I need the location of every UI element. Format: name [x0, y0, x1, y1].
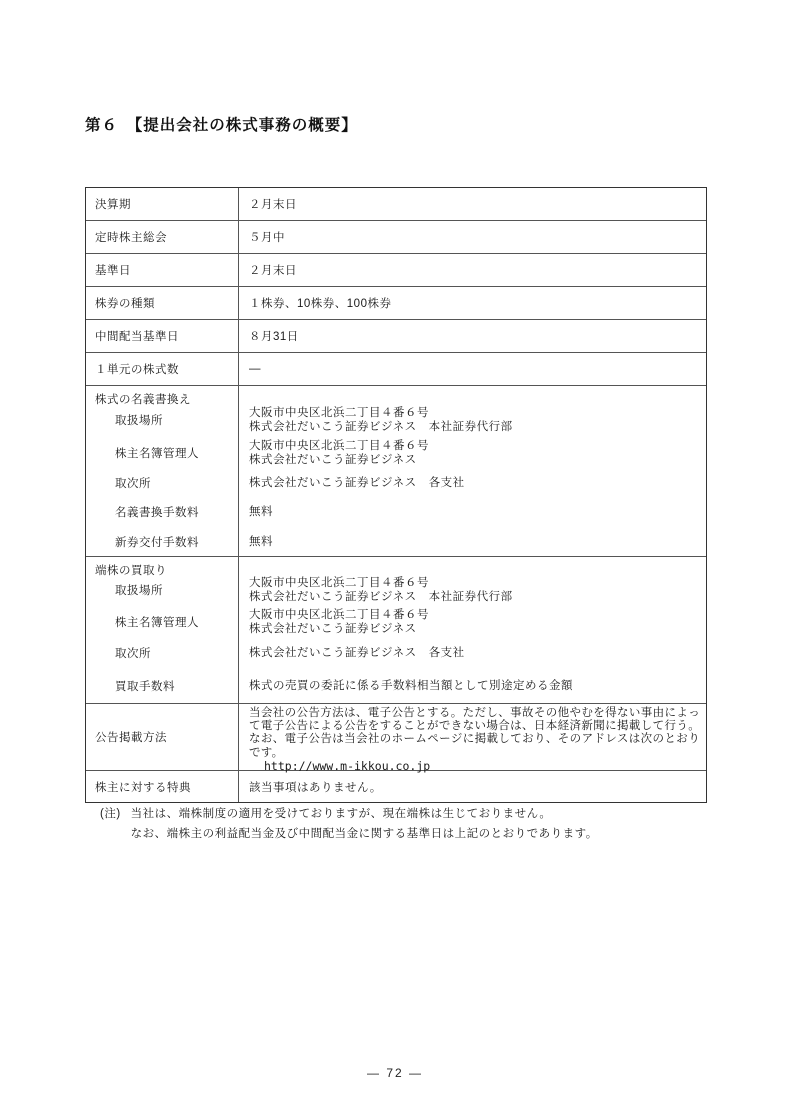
- sub-row: 株主名簿管理人 大阪市中央区北浜二丁目４番６号 株式会社だいこう証券ビジネス: [86, 606, 706, 638]
- value-line: 大阪市中央区北浜二丁目４番６号: [249, 406, 706, 420]
- row-label: 基準日: [86, 254, 238, 286]
- table-row-kabuken-shurui: 株券の種類 １株券、10株券、100株券: [86, 287, 706, 320]
- table-row-koukoku: 公告掲載方法 当会社の公告方法は、電子公告とする。ただし、事故その他やむを得ない…: [86, 704, 706, 771]
- value-line: 無料: [249, 505, 706, 519]
- row-value: ―: [238, 353, 706, 385]
- value-line: 無料: [249, 535, 706, 549]
- table-row-kessanki: 決算期 ２月末日: [86, 188, 706, 221]
- value-line: 株式会社だいこう証券ビジネス: [249, 622, 706, 636]
- value-line: 株式会社だいこう証券ビジネス 各支社: [249, 476, 706, 490]
- section-hakabu-kaitori: 端株の買取り 取扱場所 大阪市中央区北浜二丁目４番６号 株式会社だいこう証券ビジ…: [86, 557, 706, 704]
- row-label: 公告掲載方法: [86, 704, 238, 770]
- row-value: ５月中: [238, 221, 706, 253]
- footnote-label: (注): [100, 804, 121, 844]
- sub-row: 取扱場所 大阪市中央区北浜二丁目４番６号 株式会社だいこう証券ビジネス 本社証券…: [86, 403, 706, 436]
- row-label: 株券の種類: [86, 287, 238, 319]
- section-meigi-kakikae: 株式の名義書換え 取扱場所 大阪市中央区北浜二丁目４番６号 株式会社だいこう証券…: [86, 386, 706, 557]
- section-title: 端株の買取り: [86, 557, 706, 574]
- sub-row-value: 大阪市中央区北浜二丁目４番６号 株式会社だいこう証券ビジネス 本社証券代行部: [238, 403, 706, 436]
- notice-paragraph: 当会社の公告方法は、電子公告とする。ただし、事故その他やむを得ない事由によって電…: [249, 707, 700, 760]
- row-value: ２月末日: [238, 254, 706, 286]
- table-row-tangen-kabusu: １単元の株式数 ―: [86, 353, 706, 386]
- sub-row-value: 大阪市中央区北浜二丁目４番６号 株式会社だいこう証券ビジネス 本社証券代行部: [238, 574, 706, 606]
- sub-row-label: 名義書換手数料: [86, 496, 238, 527]
- sub-row: 新券交付手数料 無料: [86, 527, 706, 556]
- sub-row-label: 新券交付手数料: [86, 527, 238, 556]
- table-row-kijunbi: 基準日 ２月末日: [86, 254, 706, 287]
- row-label: 中間配当基準日: [86, 320, 238, 352]
- value-line: 株式会社だいこう証券ビジネス 各支社: [249, 646, 706, 660]
- sub-row: 名義書換手数料 無料: [86, 496, 706, 527]
- footnote-text: 当社は、端株制度の適用を受けておりますが、現在端株は生じておりません。 なお、端…: [131, 804, 598, 844]
- value-line: 大阪市中央区北浜二丁目４番６号: [249, 576, 706, 590]
- sub-row: 取扱場所 大阪市中央区北浜二丁目４番６号 株式会社だいこう証券ビジネス 本社証券…: [86, 574, 706, 606]
- sub-row: 取次所 株式会社だいこう証券ビジネス 各支社: [86, 469, 706, 496]
- sub-row-value: 大阪市中央区北浜二丁目４番６号 株式会社だいこう証券ビジネス: [238, 606, 706, 638]
- sub-row-value: 株式会社だいこう証券ビジネス 各支社: [238, 638, 706, 668]
- value-line: 大阪市中央区北浜二丁目４番６号: [249, 439, 706, 453]
- table-row-tokuten: 株主に対する特典 該当事項はありません。: [86, 771, 706, 802]
- row-label: 決算期: [86, 188, 238, 220]
- row-label: 定時株主総会: [86, 221, 238, 253]
- footnote-line: 当社は、端株制度の適用を受けておりますが、現在端株は生じておりません。: [131, 804, 598, 824]
- sub-row-value: 大阪市中央区北浜二丁目４番６号 株式会社だいこう証券ビジネス: [238, 436, 706, 469]
- sub-row-label: 買取手数料: [86, 668, 238, 703]
- sub-row-value: 株式会社だいこう証券ビジネス 各支社: [238, 469, 706, 496]
- value-line: 株式会社だいこう証券ビジネス 本社証券代行部: [249, 590, 706, 604]
- row-label: 株主に対する特典: [86, 771, 238, 802]
- value-line: 大阪市中央区北浜二丁目４番６号: [249, 608, 706, 622]
- sub-row: 買取手数料 株式の売買の委託に係る手数料相当額として別途定める金額: [86, 668, 706, 703]
- sub-row-label: 取扱場所: [86, 403, 238, 436]
- footnote: (注) 当社は、端株制度の適用を受けておりますが、現在端株は生じておりません。 …: [100, 804, 598, 844]
- sub-row-label: 株主名簿管理人: [86, 436, 238, 469]
- value-line: 株式会社だいこう証券ビジネス 本社証券代行部: [249, 420, 706, 434]
- row-value: 該当事項はありません。: [238, 771, 706, 802]
- sub-row: 株主名簿管理人 大阪市中央区北浜二丁目４番６号 株式会社だいこう証券ビジネス: [86, 436, 706, 469]
- sub-row-label: 株主名簿管理人: [86, 606, 238, 638]
- row-value: ８月31日: [238, 320, 706, 352]
- stock-affairs-table: 決算期 ２月末日 定時株主総会 ５月中 基準日 ２月末日 株券の種類 １株券、1…: [85, 187, 707, 803]
- row-value: ２月末日: [238, 188, 706, 220]
- section-title: 株式の名義書換え: [86, 386, 706, 403]
- value-line: 株式の売買の委託に係る手数料相当額として別途定める金額: [249, 679, 706, 693]
- table-row-chukan-haito: 中間配当基準日 ８月31日: [86, 320, 706, 353]
- value-line: 株式会社だいこう証券ビジネス: [249, 453, 706, 467]
- sub-row-label: 取次所: [86, 469, 238, 496]
- table-row-teiji-soukai: 定時株主総会 ５月中: [86, 221, 706, 254]
- sub-row-value: 無料: [238, 527, 706, 556]
- sub-row-value: 株式の売買の委託に係る手数料相当額として別途定める金額: [238, 668, 706, 703]
- footnote-line: なお、端株主の利益配当金及び中間配当金に関する基準日は上記のとおりであります。: [131, 824, 598, 844]
- sub-row-value: 無料: [238, 496, 706, 527]
- page-number: ― 72 ―: [0, 1066, 790, 1080]
- sub-row-label: 取扱場所: [86, 574, 238, 606]
- page-title: 第６ 【提出会社の株式事務の概要】: [85, 113, 358, 135]
- sub-row: 取次所 株式会社だいこう証券ビジネス 各支社: [86, 638, 706, 668]
- row-label: １単元の株式数: [86, 353, 238, 385]
- sub-row-label: 取次所: [86, 638, 238, 668]
- row-value: １株券、10株券、100株券: [238, 287, 706, 319]
- row-value: 当会社の公告方法は、電子公告とする。ただし、事故その他やむを得ない事由によって電…: [238, 704, 706, 770]
